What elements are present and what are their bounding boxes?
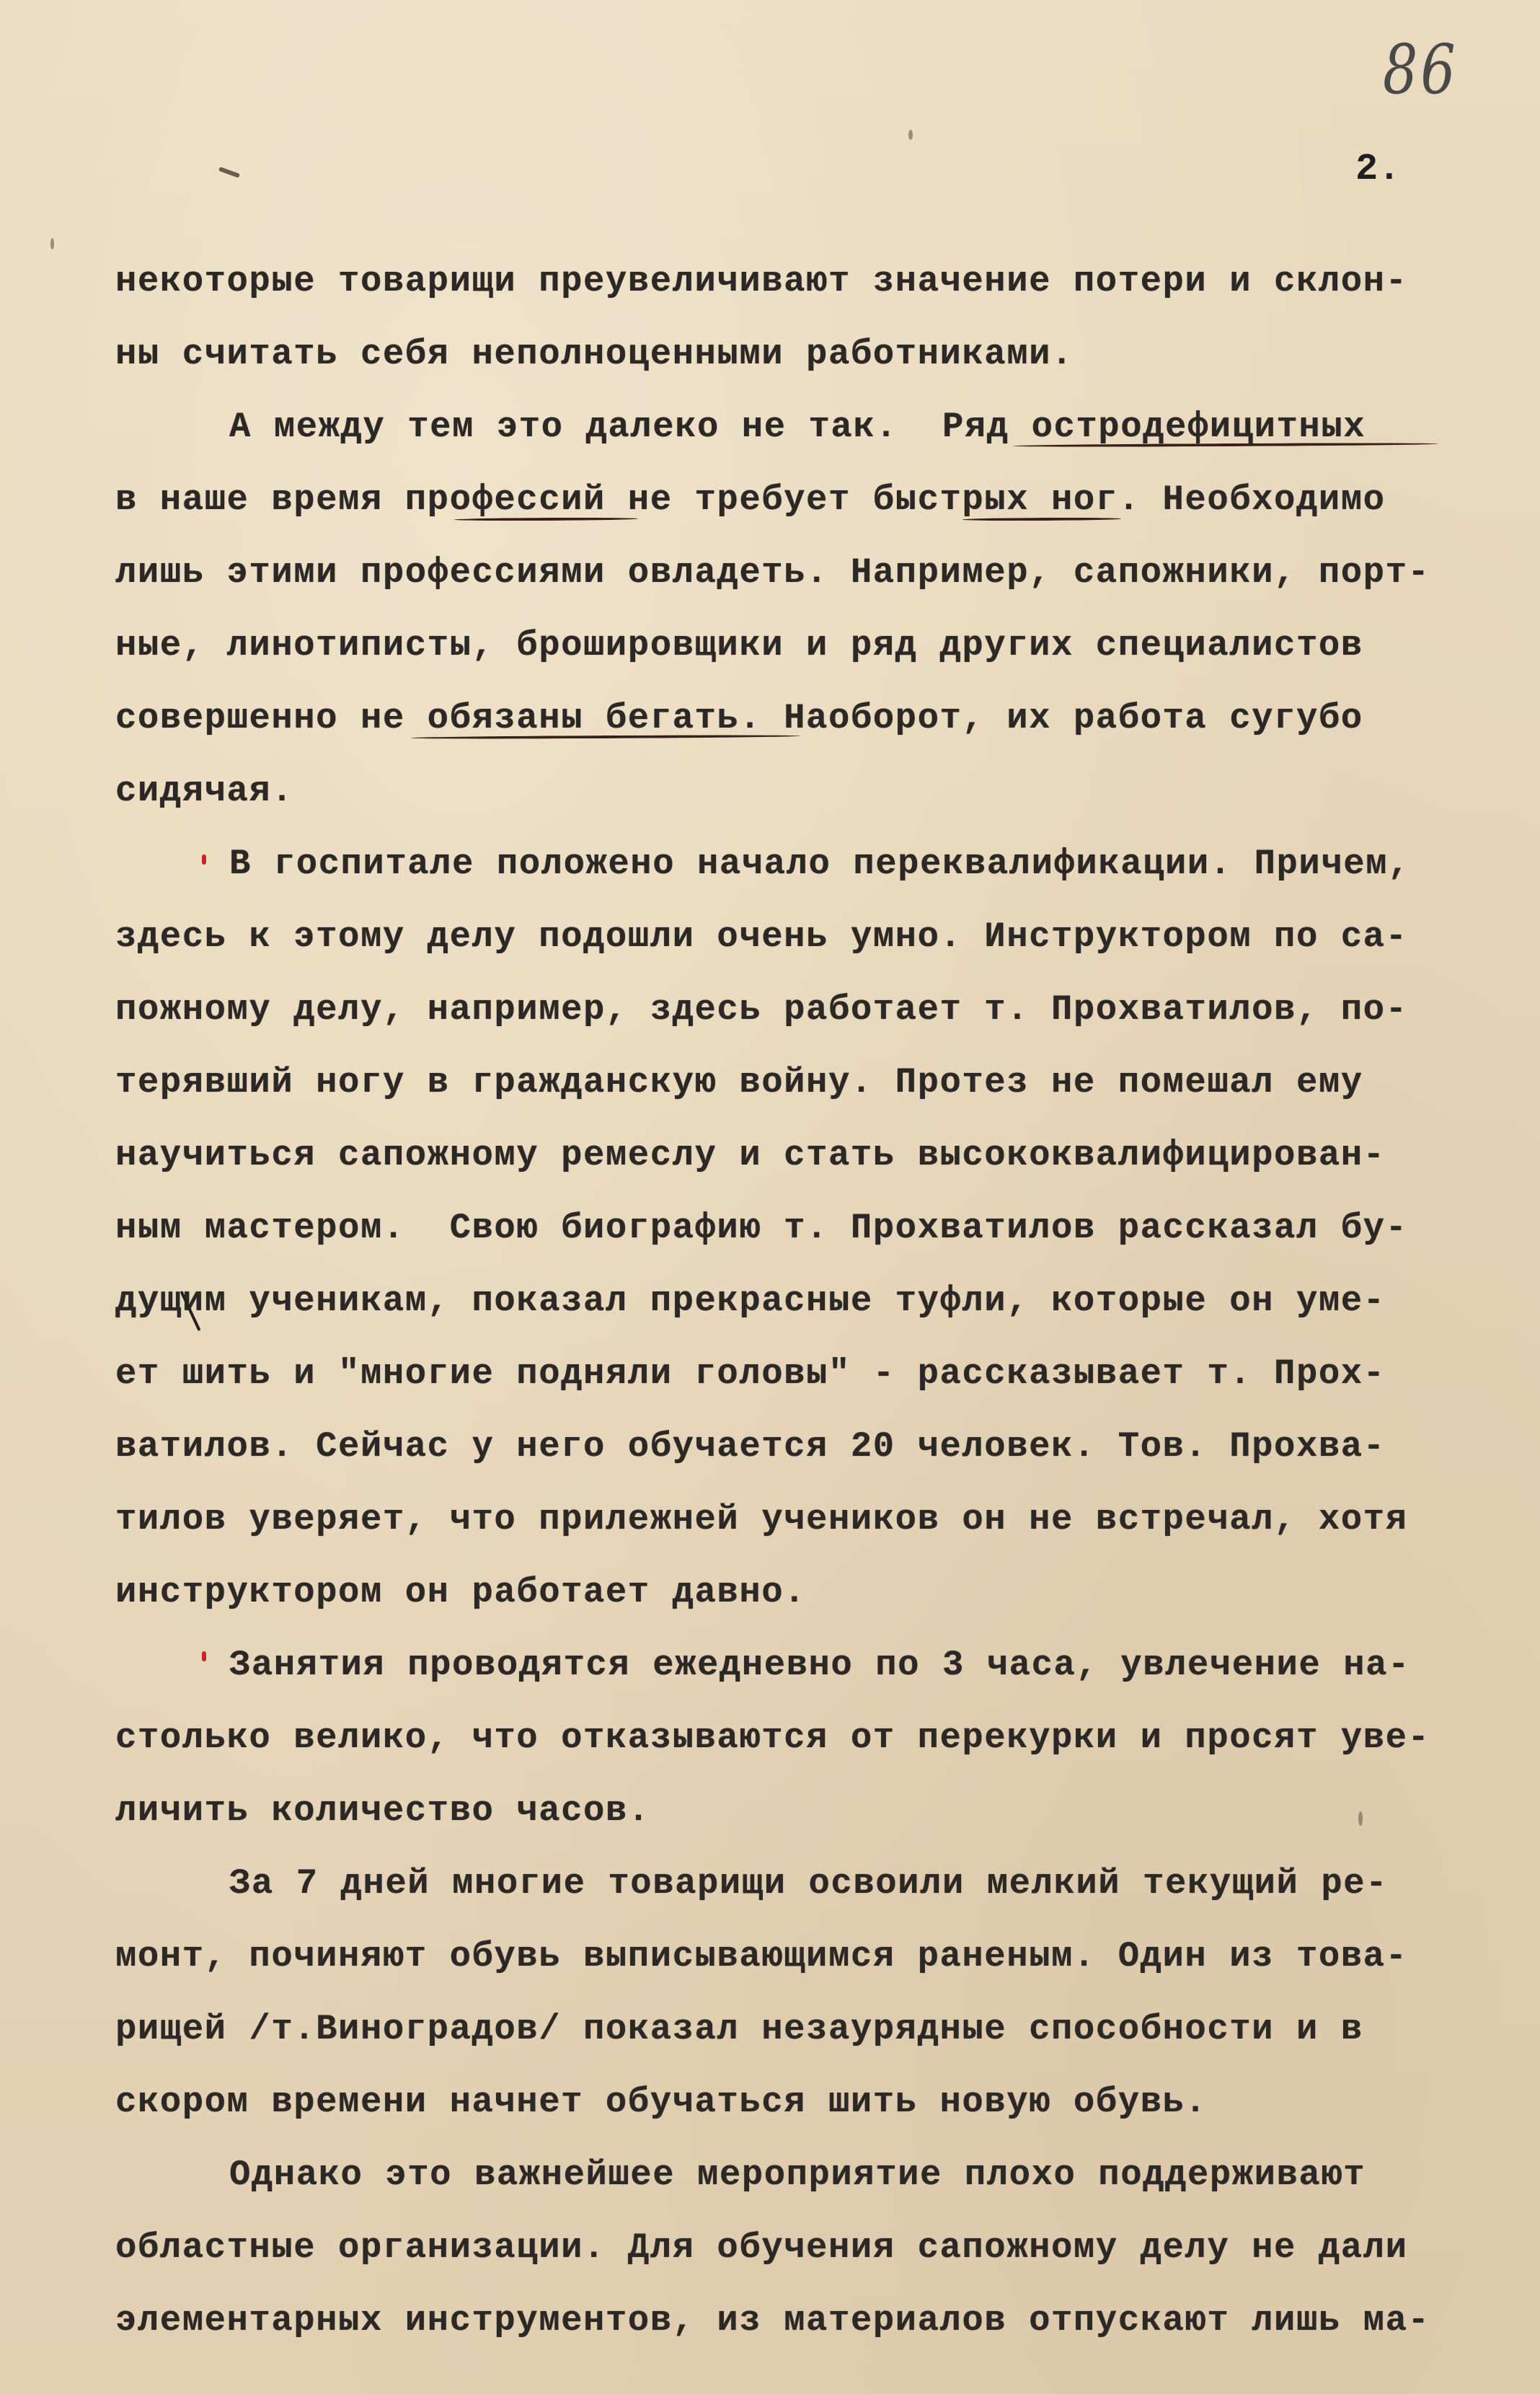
text-line: А между тем это далеко не так. Ряд остро…: [115, 391, 1528, 464]
text-line: некоторые товарищи преувеличивают значен…: [115, 245, 1528, 318]
text-line: областные организации. Для обучения сапо…: [115, 2212, 1528, 2284]
text-line: За 7 дней многие товарищи освоили мелкий…: [115, 1847, 1528, 1920]
red-pencil-mark: [202, 854, 206, 865]
paper-speck: [908, 130, 913, 140]
page-number: 2.: [1355, 148, 1400, 190]
text-line: Однако это важнейшее мероприятие плохо п…: [115, 2139, 1528, 2212]
text-line: столько велико, что отказываются от пере…: [115, 1702, 1528, 1775]
text-line: Занятия проводятся ежедневно по 3 часа, …: [115, 1629, 1528, 1702]
text-line: здесь к этому делу подошли очень умно. И…: [115, 901, 1528, 973]
paper-speck: [50, 238, 54, 249]
archive-sheet-number: 86: [1383, 29, 1459, 109]
red-pencil-mark: [202, 1651, 206, 1661]
text-line: пожному делу, например, здесь работает т…: [115, 973, 1528, 1046]
text-line: научиться сапожному ремеслу и стать высо…: [115, 1119, 1528, 1192]
text-line: дущим ученикам, показал прекрасные туфли…: [115, 1265, 1528, 1338]
text-line: в наше время профессий не требует быстры…: [115, 464, 1528, 536]
text-line: совершенно не обязаны бегать. Наоборот, …: [115, 682, 1528, 755]
text-line: рищей /т.Виноградов/ показал незаурядные…: [115, 1993, 1528, 2066]
typed-text-body: некоторые товарищи преувеличивают значен…: [115, 245, 1528, 2357]
text-line: ет шить и "многие подняли головы" - расс…: [115, 1338, 1528, 1410]
text-line: сидячая.: [115, 755, 1528, 828]
text-line: ны считать себя неполноценными работника…: [115, 318, 1528, 391]
text-line: тилов уверяет, что прилежней учеников он…: [115, 1483, 1528, 1556]
text-line: ным мастером. Свою биографию т. Прохвати…: [115, 1192, 1528, 1265]
text-line: элементарных инструментов, из материалов…: [115, 2284, 1528, 2357]
text-line: ные, линотиписты, брошировщики и ряд дру…: [115, 609, 1528, 682]
text-line: лишь этими профессиями овладеть. Наприме…: [115, 536, 1528, 609]
text-line: скором времени начнет обучаться шить нов…: [115, 2066, 1528, 2139]
text-line: терявший ногу в гражданскую войну. Проте…: [115, 1046, 1528, 1119]
text-line: В госпитале положено начало переквалифик…: [115, 828, 1528, 901]
text-line: личить количество часов.: [115, 1775, 1528, 1847]
text-line: монт, починяют обувь выписывающимся ране…: [115, 1920, 1528, 1993]
text-line: ватилов. Сейчас у него обучается 20 чело…: [115, 1410, 1528, 1483]
text-line: инструктором он работает давно.: [115, 1556, 1528, 1629]
